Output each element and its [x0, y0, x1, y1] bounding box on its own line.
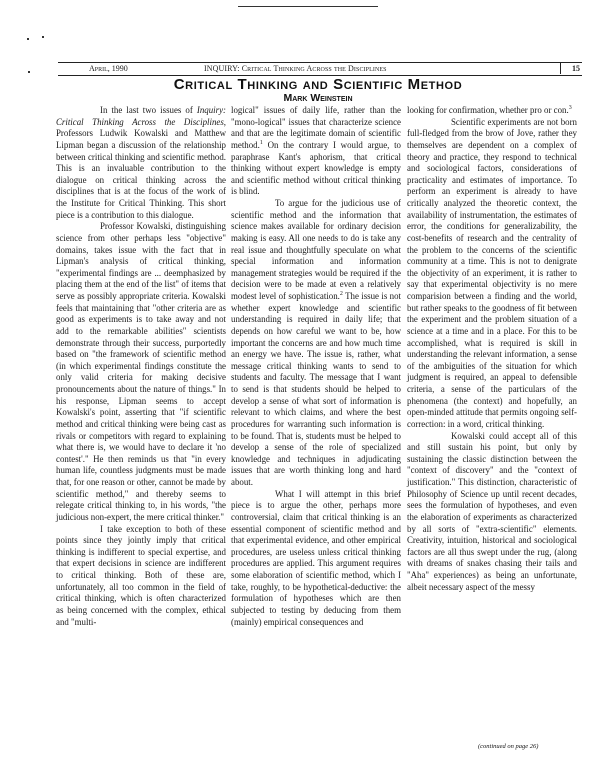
paragraph-text: Professor Kowalski, distinguishing scien…	[56, 221, 226, 522]
continuation-note: (continued on page 26)	[478, 743, 538, 750]
running-header: April, 1990 INQUIRY: Critical Thinking A…	[58, 62, 582, 76]
paragraph-text: What I will attempt in this brief piece …	[231, 489, 401, 627]
paragraph: logical" issues of daily life, rather th…	[231, 105, 401, 198]
paragraph: I take exception to both of these points…	[56, 524, 226, 629]
paragraph-text: Kowalski could accept all of this and st…	[407, 431, 577, 592]
scan-artifact-dot	[42, 36, 44, 38]
article-title: Critical Thinking and Scientific Method	[0, 76, 600, 93]
text-column-1: In the last two issues of Inquiry: Criti…	[56, 105, 226, 628]
footnote-marker: 3	[569, 105, 572, 111]
paragraph: Kowalski could accept all of this and st…	[407, 431, 577, 594]
page-number: 15	[560, 62, 582, 74]
paragraph-text: In the last two issues of	[100, 105, 197, 115]
text-column-3: looking for confirmation, whether pro or…	[407, 105, 577, 593]
scan-artifact-dot	[27, 38, 29, 40]
paragraph: looking for confirmation, whether pro or…	[407, 105, 577, 117]
text-column-2: logical" issues of daily life, rather th…	[231, 105, 401, 628]
paragraph-text: looking for confirmation, whether pro or…	[407, 105, 569, 115]
article-author: Mark Weinstein	[0, 92, 600, 104]
paragraph-text: To argue for the judicious use of scient…	[231, 198, 401, 301]
scan-artifact-top-line	[238, 6, 378, 7]
issue-date: April, 1990	[89, 64, 128, 73]
paragraph-text: I take exception to both of these points…	[56, 524, 226, 627]
paragraph: In the last two issues of Inquiry: Criti…	[56, 105, 226, 221]
paragraph: To argue for the judicious use of scient…	[231, 198, 401, 489]
paragraph-text: Scientific experiments are not born full…	[407, 117, 577, 429]
paragraph-text: , Professors Ludwik Kowalski and Matthew…	[56, 117, 226, 220]
paragraph-text: The issue is not whether expert knowledg…	[231, 291, 401, 487]
paragraph: What I will attempt in this brief piece …	[231, 489, 401, 629]
paragraph: Scientific experiments are not born full…	[407, 117, 577, 431]
journal-title: INQUIRY: Critical Thinking Across the Di…	[204, 64, 387, 73]
paragraph: Professor Kowalski, distinguishing scien…	[56, 221, 226, 523]
scan-artifact-dot	[28, 71, 30, 73]
